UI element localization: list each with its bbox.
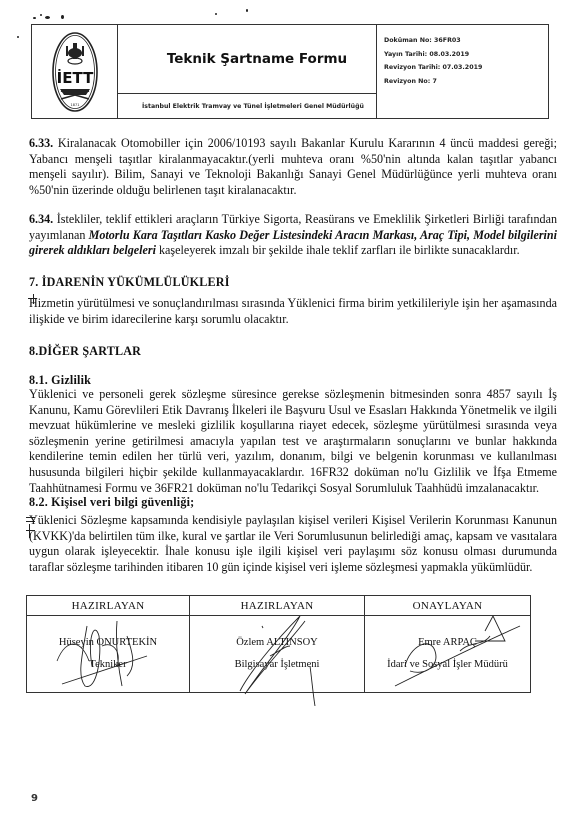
section-8-2-heading: 8.2. Kişisel veri bilgi güvenliği; [29,495,194,510]
iett-logo-icon: İETT 1871 [51,31,99,113]
signatory-name: Özlem ALTINSOY [190,632,364,654]
section-8-1-heading: 8.1. Gizlilik [29,373,91,388]
section-text: Yüklenici Sözleşme kapsamında kendisiyle… [29,513,557,575]
signatory-role: Tekniker [27,654,189,676]
signature-cell: Özlem ALTINSOY Bilgisayar İşletmeni [190,616,365,693]
logo-cell: İETT 1871 [32,25,118,118]
document-number: Doküman No: 36FR03 [384,37,548,51]
signatory-role: Bilgisayar İşletmeni [190,654,364,676]
signature-header: HAZIRLAYAN [190,596,365,616]
signatory-role: İdari ve Sosyal İşler Müdürü [365,654,530,676]
section-8-2-text: Yüklenici Sözleşme kapsamında kendisiyle… [29,513,557,575]
document-meta: Doküman No: 36FR03 Yayın Tarihi: 08.03.2… [377,25,548,118]
section-7-text: Hizmetin yürütülmesi ve sonuçlandırılmas… [29,296,557,327]
title-column: Teknik Şartname Formu İstanbul Elektrik … [118,25,377,118]
svg-text:1871: 1871 [70,103,79,107]
scan-speck [40,14,42,16]
scan-speck [215,13,217,15]
section-8-heading: 8.DİĞER ŞARTLAR [29,344,141,359]
section-6-34: 6.34. İstekliler, teklif ettikleri araçl… [29,212,557,259]
organization-name: İstanbul Elektrik Tramvay ve Tünel İşlet… [118,94,376,118]
scan-speck [45,16,50,19]
section-6-33: 6.33. Kiralanacak Otomobiller için 2006/… [29,136,557,198]
svg-text:İETT: İETT [56,68,93,87]
publish-date: Yayın Tarihi: 08.03.2019 [384,51,548,65]
section-7-heading: 7. İDARENİN YÜKÜMLÜLÜKLERİ [29,275,230,290]
document-header: İETT 1871 Teknik Şartname Formu İstanbul… [31,24,549,119]
signature-header: ONAYLAYAN [365,596,531,616]
signature-table: HAZIRLAYAN HAZIRLAYAN ONAYLAYAN Hüseyin … [26,595,531,693]
scan-speck [61,15,64,19]
signature-cell: Emre ARPAÇ İdari ve Sosyal İşler Müdürü [365,616,531,693]
section-number: 6.34. [29,212,53,226]
revision-date: Revizyon Tarihi: 07.03.2019 [384,64,548,78]
scan-speck [33,17,36,19]
revision-number: Revizyon No: 7 [384,78,548,92]
signatory-name: Hüseyin ONURTEKİN [27,632,189,654]
signature-header: HAZIRLAYAN [27,596,190,616]
form-title: Teknik Şartname Formu [118,25,376,94]
section-text: Yüklenici ve personeli gerek sözleşme sü… [29,387,557,496]
scan-speck [17,36,19,38]
page-number: 9 [31,793,38,804]
scan-speck [246,9,248,12]
section-text: Hizmetin yürütülmesi ve sonuçlandırılmas… [29,296,557,327]
signatory-name: Emre ARPAÇ [365,632,530,654]
section-number: 6.33. [29,136,53,150]
signature-cell: Hüseyin ONURTEKİN Tekniker [27,616,190,693]
section-text: kaşeleyerek imzalı bir şekilde ihale tek… [156,243,520,257]
section-8-1-text: Yüklenici ve personeli gerek sözleşme sü… [29,387,557,496]
section-text: Kiralanacak Otomobiller için 2006/10193 … [29,136,557,197]
